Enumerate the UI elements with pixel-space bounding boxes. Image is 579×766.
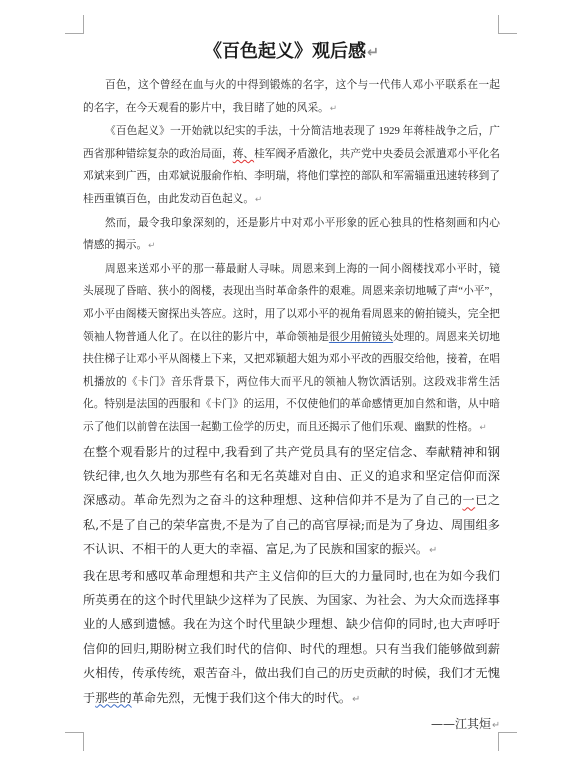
document-title-text: 《百色起义》观后感 — [204, 41, 366, 61]
text-boundary-mark-bottom-left — [65, 732, 84, 751]
paragraph-mark-icon: ↵ — [255, 195, 262, 205]
spellcheck-flagged-text: 一 — [463, 493, 476, 507]
paragraph-4: 周恩来送邓小平的那一幕最耐人寻味。周恩来到上海的一间小阁楼找邓小平时，镜头展现了… — [83, 258, 500, 440]
paragraph-3: 然而，最令我印象深刻的，还是影片中对邓小平形象的匠心独具的性格刻画和内心情感的揭… — [83, 212, 500, 258]
paragraph-mark-icon: ↵ — [429, 545, 437, 556]
paragraph-mark-icon: ↵ — [330, 104, 337, 114]
paragraph-5-text-before: 在整个观看影片的过程中,我看到了共产党员具有的坚定信念、奉献精神和钢铁纪律,也久… — [83, 445, 500, 508]
paragraph-mark-icon: ↵ — [148, 241, 155, 251]
text-boundary-mark-top-left — [65, 15, 84, 34]
text-boundary-mark-bottom-right — [498, 732, 517, 751]
paragraph-5: 在整个观看影片的过程中,我看到了共产党员具有的坚定信念、奉献精神和钢铁纪律,也久… — [83, 440, 500, 564]
author-signature: ——江其烜↵ — [83, 712, 500, 738]
paragraph-3-text: 然而，最令我印象深刻的，还是影片中对邓小平形象的匠心独具的性格刻画和内心情感的揭… — [83, 217, 500, 252]
blue-underlined-text: 很少用俯镜头 — [329, 331, 393, 343]
paragraph-mark-icon: ↵ — [492, 720, 500, 731]
paragraph-6-text-after: 革命先烈，无愧于我们这个伟大的时代。 — [132, 691, 351, 705]
document-page: 《百色起义》观后感↵ 百色，这个曾经在血与火的中得到锻炼的名字，这个与一代伟人邓… — [0, 0, 579, 766]
text-boundary-mark-top-right — [498, 15, 517, 34]
paragraph-1-text: 百色，这个曾经在血与火的中得到锻炼的名字，这个与一代伟人邓小平联系在一起的名字，… — [83, 79, 500, 114]
document-title: 《百色起义》观后感↵ — [83, 37, 500, 67]
grammar-flagged-text: 那些的 — [95, 691, 132, 705]
paragraph-mark-icon: ↵ — [479, 423, 486, 433]
paragraph-4-text-after: 处理的。周恩来关切地扶住梯子让邓小平从阁楼上下来，又把邓颖超大姐为邓小平改的西服… — [83, 331, 500, 433]
paragraph-2: 《百色起义》一开始就以纪实的手法，十分简洁地表现了 1929 年蒋桂战争之后，广… — [83, 120, 500, 211]
paragraph-mark-icon: ↵ — [352, 694, 360, 705]
document-body: 《百色起义》观后感↵ 百色，这个曾经在血与火的中得到锻炼的名字，这个与一代伟人邓… — [83, 33, 500, 738]
paragraph-6: 我在思考和感叹革命理想和共产主义信仰的巨大的力量同时,也在为如今我们所英勇在的这… — [83, 564, 500, 712]
spellcheck-flagged-text: 蒋、 — [233, 148, 254, 160]
paragraph-mark-icon: ↵ — [367, 45, 379, 61]
paragraph-1: 百色，这个曾经在血与火的中得到锻炼的名字，这个与一代伟人邓小平联系在一起的名字，… — [83, 74, 500, 120]
paragraph-6-text-before: 我在思考和感叹革命理想和共产主义信仰的巨大的力量同时,也在为如今我们所英勇在的这… — [83, 569, 500, 705]
author-signature-text: ——江其烜 — [431, 717, 491, 731]
